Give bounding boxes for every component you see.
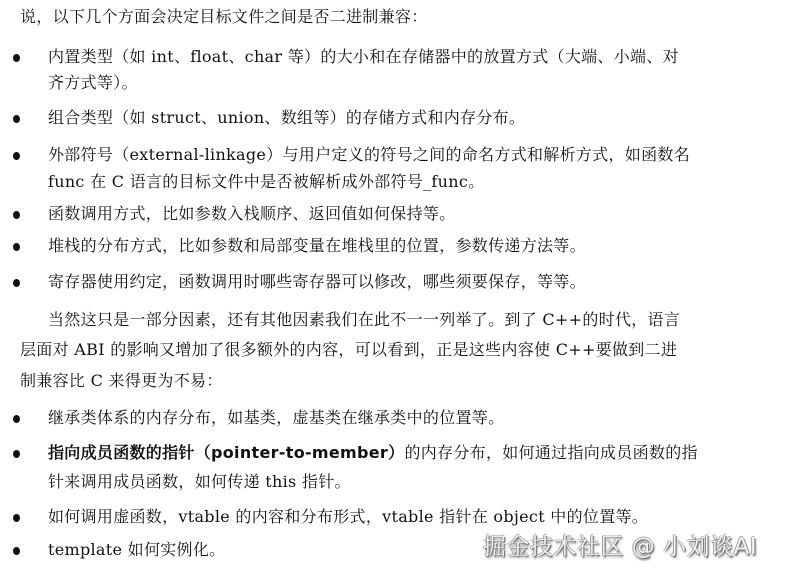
- paragraph-line: 当然这只是一部分因素，还有其他因素我们在此不一一列举了。到了 C++的时代，语言: [48, 310, 680, 330]
- bullet-icon: [13, 115, 20, 123]
- bullet-icon: [13, 450, 20, 458]
- list-item-text: 如何调用虚函数，vtable 的内容和分布形式，vtable 指针在 objec…: [48, 507, 648, 527]
- list-item-text: 寄存器使用约定，函数调用时哪些寄存器可以修改，哪些须要保存，等等。: [48, 272, 586, 292]
- list-item-text-rest: 的内存分布，如何通过指向成员函数的指: [404, 443, 697, 462]
- list-item-text: 齐方式等）。: [48, 73, 138, 93]
- list-item-text: 内置类型（如 int、float、char 等）的大小和在存储器中的放置方式（大…: [48, 47, 679, 67]
- list-item-text: func 在 C 语言的目标文件中是否被解析成外部符号_func。: [48, 172, 484, 192]
- list-item-text: 指向成员函数的指针（pointer-to-member）的内存分布，如何通过指向…: [48, 443, 698, 463]
- bullet-icon: [13, 415, 20, 423]
- list-item-text: template 如何实例化。: [48, 540, 225, 560]
- list-item-text: 针来调用成员函数，如何传递 this 指针。: [48, 472, 351, 492]
- list-item-text: 函数调用方式，比如参数入栈顺序、返回值如何保持等。: [48, 204, 456, 224]
- watermark: 掘金技术社区 @ 小刘谈AI: [483, 528, 757, 561]
- bullet-icon: [13, 279, 20, 287]
- bullet-icon: [13, 243, 20, 251]
- bullet-icon: [13, 152, 20, 160]
- intro-text: 说，以下几个方面会决定目标文件之间是否二进制兼容：: [20, 7, 428, 27]
- list-item-text: 组合类型（如 struct、union、数组等）的存储方式和内存分布。: [48, 108, 525, 128]
- paragraph-line: 制兼容比 C 来得更为不易：: [20, 371, 223, 391]
- list-item-text: 继承类体系的内存分布，如基类，虚基类在继承类中的位置等。: [48, 408, 504, 428]
- list-item-text: 外部符号（external-linkage）与用户定义的符号之间的命名方式和解析…: [48, 145, 690, 165]
- bullet-icon: [13, 514, 20, 522]
- paragraph-line: 层面对 ABI 的影响又增加了很多额外的内容，可以看到，正是这些内容使 C++要…: [20, 340, 677, 360]
- bullet-icon: [13, 211, 20, 219]
- bold-term: 指向成员函数的指针（pointer-to-member）: [48, 443, 404, 462]
- bullet-icon: [13, 54, 20, 62]
- list-item-text: 堆栈的分布方式，比如参数和局部变量在堆栈里的位置，参数传递方法等。: [48, 236, 586, 256]
- bullet-icon: [13, 547, 20, 555]
